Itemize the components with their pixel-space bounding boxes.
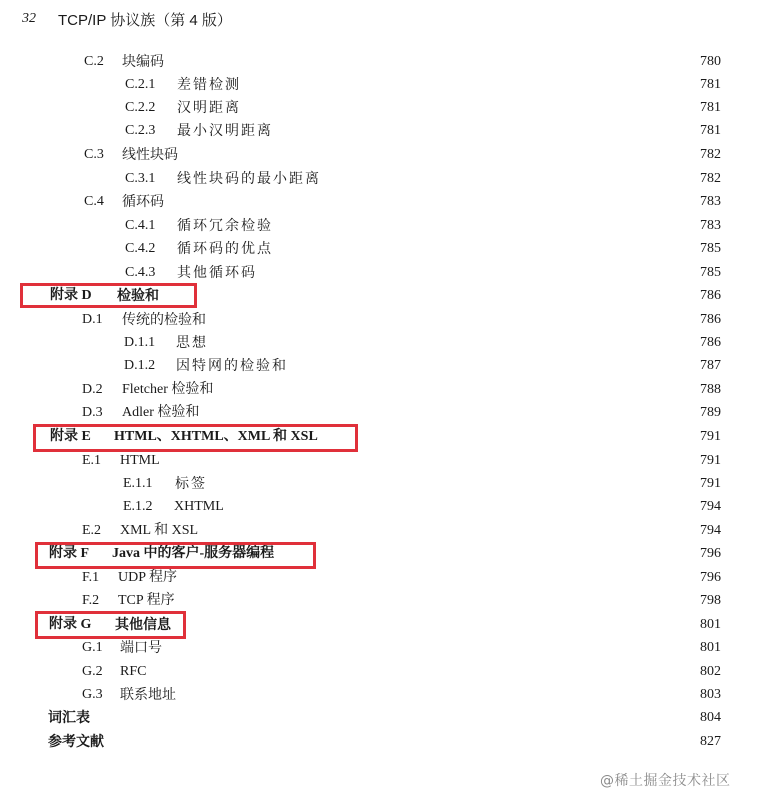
section-number: C.3.1 xyxy=(125,168,155,190)
section-title: 因特网的检验和 xyxy=(176,355,290,377)
appendix-title: Java 中的客户-服务器编程 xyxy=(112,543,276,565)
appendix-number: 附录 F xyxy=(49,543,89,565)
section-number: C.3 xyxy=(84,144,104,166)
references-title: 参考文献 xyxy=(48,731,106,753)
section-number: C.4.3 xyxy=(125,262,155,284)
section-number: G.1 xyxy=(82,637,103,659)
section-title: 其他循环码 xyxy=(177,262,259,284)
section-title: UDP 程序 xyxy=(118,567,179,589)
section-title: Fletcher 检验和 xyxy=(122,379,215,401)
toc-entry[interactable]: D.1.1 思想 786 xyxy=(0,332,769,354)
section-number: D.3 xyxy=(82,402,103,424)
section-number: C.2 xyxy=(84,51,104,73)
section-number: D.1.1 xyxy=(124,332,155,354)
toc-entry[interactable]: G.3 联系地址 803 xyxy=(0,684,769,706)
section-title: 汉明距离 xyxy=(177,97,243,119)
appendix-title: 检验和 xyxy=(117,285,161,307)
section-title: 思想 xyxy=(176,332,210,354)
leader-dots xyxy=(120,637,697,659)
section-number: G.2 xyxy=(82,661,103,683)
section-number: F.2 xyxy=(82,590,99,612)
section-title: 块编码 xyxy=(122,51,166,73)
toc-entry[interactable]: D.3 Adler 检验和 789 xyxy=(0,402,769,424)
toc-entry[interactable]: C.2 块编码 780 xyxy=(0,51,769,73)
leader-dots xyxy=(118,567,697,589)
section-title: RFC xyxy=(120,661,148,683)
toc-entry[interactable]: C.3.1 线性块码的最小距离 782 xyxy=(0,168,769,190)
leader-dots xyxy=(120,450,697,472)
section-number: E.1.2 xyxy=(123,496,153,518)
leader-dots xyxy=(120,520,697,542)
section-number: D.2 xyxy=(82,379,103,401)
toc-entry[interactable]: E.1 HTML 791 xyxy=(0,450,769,472)
leader-dots xyxy=(120,661,697,683)
section-title: 循环冗余检验 xyxy=(177,215,275,237)
section-title: 线性块码 xyxy=(122,144,180,166)
section-number: C.2.3 xyxy=(125,120,155,142)
toc-entry[interactable]: C.4.3 其他循环码 785 xyxy=(0,262,769,284)
section-number: C.2.1 xyxy=(125,74,155,96)
toc-entry[interactable]: D.1.2 因特网的检验和 787 xyxy=(0,355,769,377)
toc-entry-references[interactable]: 参考文献 827 xyxy=(0,731,769,753)
section-title: XML 和 XSL xyxy=(120,520,200,542)
leader-dots xyxy=(176,332,697,354)
section-title: 差错检测 xyxy=(177,74,243,96)
leader-dots xyxy=(122,51,697,73)
leader-dots xyxy=(48,731,697,753)
toc-entry[interactable]: D.2 Fletcher 检验和 788 xyxy=(0,379,769,401)
section-title: 循环码的优点 xyxy=(177,238,275,260)
glossary-title: 词汇表 xyxy=(48,707,92,729)
section-title: TCP 程序 xyxy=(118,590,177,612)
section-number: C.4 xyxy=(84,191,104,213)
toc-entry-appendix-f[interactable]: 附录 F Java 中的客户-服务器编程 796 xyxy=(0,543,769,565)
appendix-title: HTML、XHTML、XML 和 XSL xyxy=(114,426,320,448)
leader-dots xyxy=(117,285,697,307)
leader-dots xyxy=(122,309,697,331)
section-title: 循环码 xyxy=(122,191,166,213)
section-number: C.4.2 xyxy=(125,238,155,260)
section-title: XHTML xyxy=(174,496,226,518)
leader-dots xyxy=(122,144,697,166)
leader-dots xyxy=(115,614,697,636)
appendix-number: 附录 D xyxy=(50,285,92,307)
toc-entry[interactable]: C.3 线性块码 782 xyxy=(0,144,769,166)
toc-entry[interactable]: C.2.1 差错检测 781 xyxy=(0,74,769,96)
leader-dots xyxy=(174,496,697,518)
toc-entry[interactable]: C.2.2 汉明距离 781 xyxy=(0,97,769,119)
appendix-number: 附录 G xyxy=(49,614,91,636)
section-number: F.1 xyxy=(82,567,99,589)
leader-dots xyxy=(120,684,697,706)
section-number: C.4.1 xyxy=(125,215,155,237)
section-number: E.2 xyxy=(82,520,101,542)
section-number: C.2.2 xyxy=(125,97,155,119)
toc-entry-glossary[interactable]: 词汇表 804 xyxy=(0,707,769,729)
toc-entry-appendix-d[interactable]: 附录 D 检验和 786 xyxy=(0,285,769,307)
section-title: 标签 xyxy=(175,473,209,495)
section-title: 最小汉明距离 xyxy=(177,120,275,142)
toc-entry[interactable]: F.1 UDP 程序 796 xyxy=(0,567,769,589)
section-number: G.3 xyxy=(82,684,103,706)
section-number: D.1 xyxy=(82,309,103,331)
section-number: E.1 xyxy=(82,450,101,472)
page-header: 32 TCP/IP 协议族（第 4 版） xyxy=(0,9,769,33)
toc-entry[interactable]: F.2 TCP 程序 798 xyxy=(0,590,769,612)
toc-entry[interactable]: C.4 循环码 783 xyxy=(0,191,769,213)
toc-entry[interactable]: C.4.1 循环冗余检验 783 xyxy=(0,215,769,237)
toc-entry[interactable]: G.2 RFC 802 xyxy=(0,661,769,683)
appendix-title: 其他信息 xyxy=(115,614,173,636)
section-title: 传统的检验和 xyxy=(122,309,208,331)
section-number: D.1.2 xyxy=(124,355,155,377)
toc-entry[interactable]: C.2.3 最小汉明距离 781 xyxy=(0,120,769,142)
toc-entry[interactable]: E.2 XML 和 XSL 794 xyxy=(0,520,769,542)
toc-entry[interactable]: G.1 端口号 801 xyxy=(0,637,769,659)
leader-dots xyxy=(122,191,697,213)
toc-entry[interactable]: C.4.2 循环码的优点 785 xyxy=(0,238,769,260)
leader-dots xyxy=(177,74,697,96)
section-title: 端口号 xyxy=(120,637,164,659)
leader-dots xyxy=(175,473,697,495)
leader-dots xyxy=(118,590,697,612)
toc-entry[interactable]: E.1.1 标签 791 xyxy=(0,473,769,495)
toc-entry[interactable]: D.1 传统的检验和 786 xyxy=(0,309,769,331)
section-number: E.1.1 xyxy=(123,473,153,495)
page-number: 32 xyxy=(22,11,36,27)
toc-entry[interactable]: E.1.2 XHTML 794 xyxy=(0,496,769,518)
watermark: @稀土掘金技术社区 xyxy=(600,770,731,790)
leader-dots xyxy=(122,402,697,424)
book-title: TCP/IP 协议族（第 4 版） xyxy=(58,9,232,30)
appendix-number: 附录 E xyxy=(50,426,91,448)
toc-entry-appendix-e[interactable]: 附录 E HTML、XHTML、XML 和 XSL 791 xyxy=(0,426,769,448)
leader-dots xyxy=(177,97,697,119)
section-title: HTML xyxy=(120,450,162,472)
toc-entry-appendix-g[interactable]: 附录 G 其他信息 801 xyxy=(0,614,769,636)
section-title: 线性块码的最小距离 xyxy=(177,168,323,190)
leader-dots xyxy=(48,707,697,729)
section-title: 联系地址 xyxy=(120,684,178,706)
section-title: Adler 检验和 xyxy=(122,402,201,424)
